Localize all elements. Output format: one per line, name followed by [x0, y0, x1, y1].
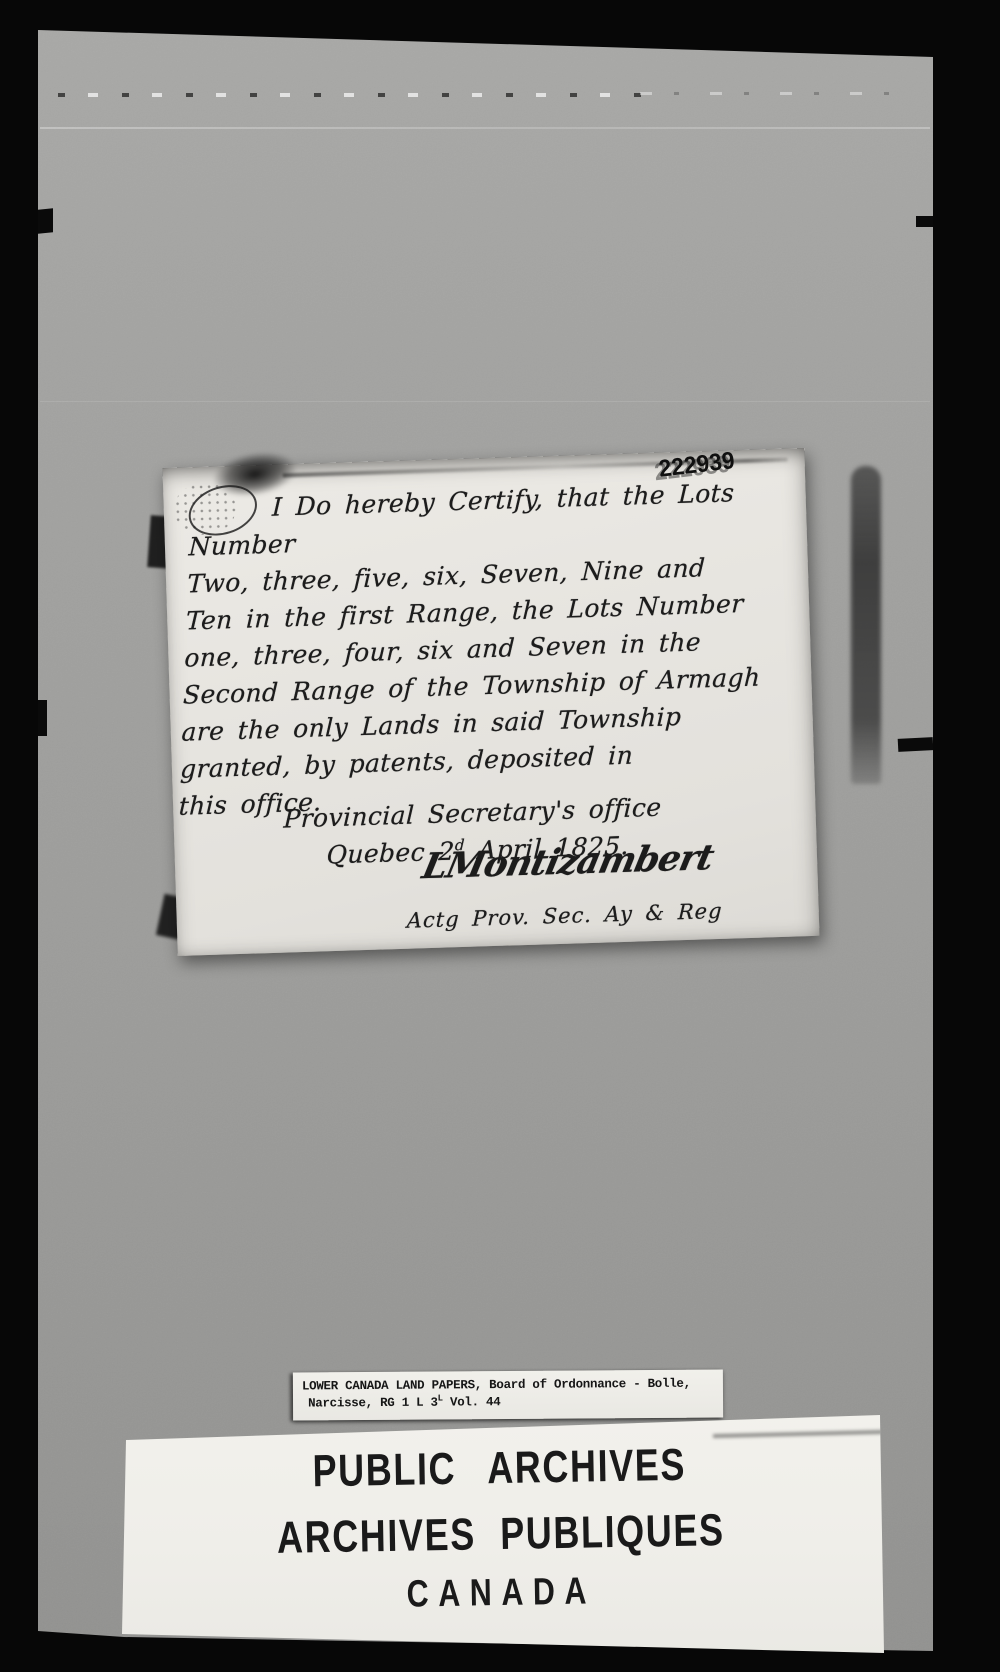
film-scratch-line: [40, 127, 930, 129]
catalog-slip-line1: LOWER CANADA LAND PAPERS, Board of Ordon…: [293, 1369, 723, 1393]
archives-banner-text: PUBLIC ARCHIVES ARCHIVES PUBLIQUES CANAD…: [111, 1401, 890, 1666]
film-edge-mark-left-mid: [38, 700, 47, 736]
signature-title: Actg Prov. Sec. Ay & Reg: [406, 890, 807, 940]
slip-line2-suffix: Vol. 44: [443, 1395, 501, 1409]
film-edge-mark-left-top: [38, 208, 53, 234]
film-scratch-dashed-right: [640, 92, 920, 95]
paper-right-edge-shadow: [851, 466, 881, 784]
banner-title-english: PUBLIC ARCHIVES: [312, 1439, 686, 1498]
film-scratch-dashed: [58, 93, 658, 97]
handwritten-certificate: 222939 I Do hereby Certify, that the Lot…: [162, 448, 819, 956]
slip-line2-prefix: Narcisse, RG 1 L 3: [308, 1396, 438, 1411]
catalog-slip: LOWER CANADA LAND PAPERS, Board of Ordon…: [293, 1369, 723, 1420]
banner-title-canada: CANADA: [407, 1570, 597, 1616]
film-edge-mark-right-top: [916, 216, 933, 227]
catalog-slip-line2: Narcisse, RG 1 L 3L Vol. 44: [293, 1390, 723, 1410]
archives-banner: PUBLIC ARCHIVES ARCHIVES PUBLIQUES CANAD…: [113, 1408, 888, 1660]
certificate-body: I Do hereby Certify, that the Lots Numbe…: [178, 472, 805, 825]
banner-title-french: ARCHIVES PUBLIQUES: [276, 1504, 725, 1564]
film-scratch-line-faint: [40, 401, 930, 402]
archival-photo-frame: 222939 I Do hereby Certify, that the Lot…: [0, 0, 1000, 1672]
film-edge-mark-right-mid: [898, 737, 934, 752]
